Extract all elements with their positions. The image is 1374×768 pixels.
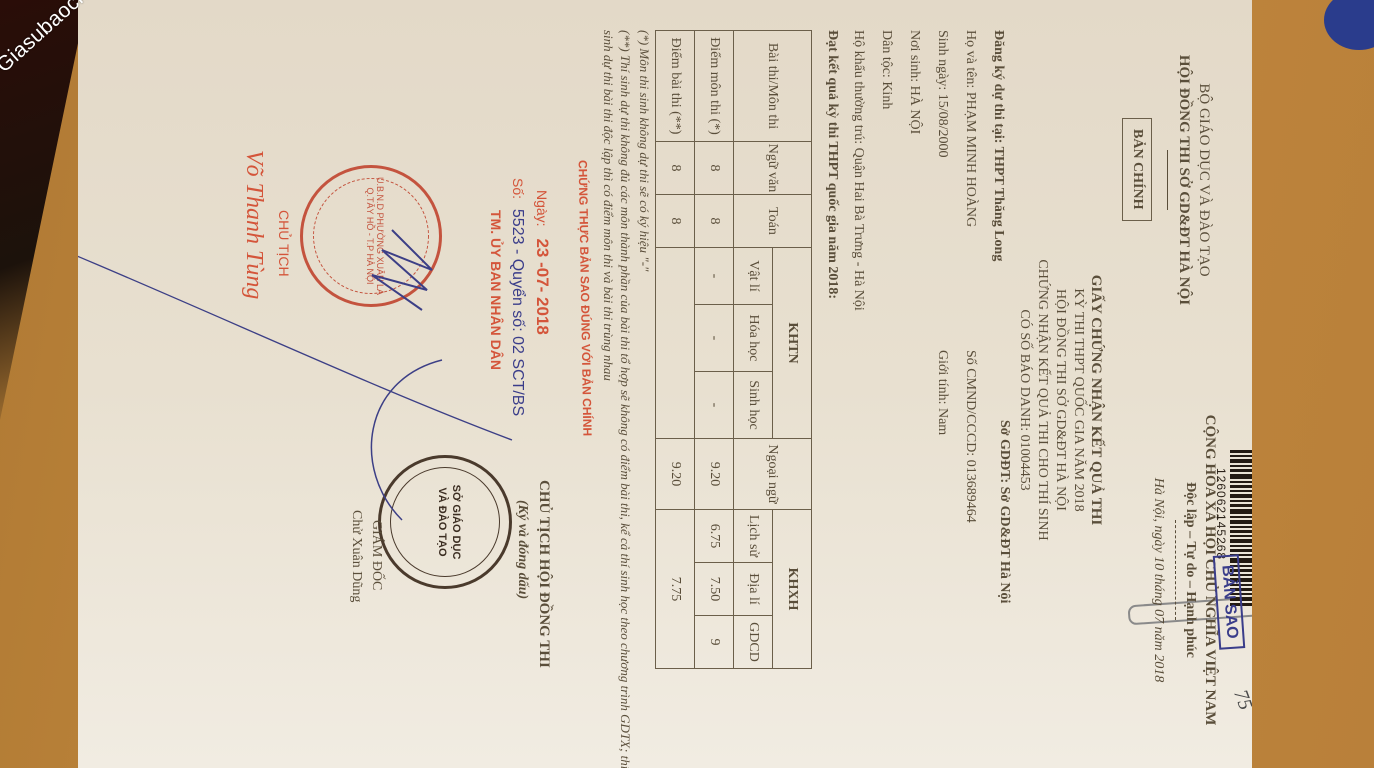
barcode-number: 126062145268: [1214, 468, 1228, 560]
place-date: Hà Nội, ngày 10 tháng 07 năm 2018: [1150, 410, 1166, 750]
candidate-name: Họ và tên: PHẠM MINH HOÀNG: [962, 30, 978, 227]
table-header-label: Bài thi/Môn thi: [734, 31, 812, 142]
table-row: Điểm môn thi (*) 8 8 - - - 9.20 6.75 7.5…: [695, 31, 734, 669]
handwritten-page-number: 75: [1228, 687, 1252, 714]
council-line: HỘI ĐỒNG THI SỞ GD&ĐT HÀ NỘI: [1052, 180, 1068, 620]
original-copy-badge: BẢN CHÍNH: [1122, 118, 1152, 221]
score-cell: 7.50: [695, 563, 734, 616]
score-cell: -: [695, 372, 734, 439]
table-header-subject: Hóa học: [734, 305, 773, 372]
score-cell: 9: [695, 616, 734, 669]
table-header-subject: Vật lí: [734, 248, 773, 305]
score-cell: 6.75: [695, 510, 734, 563]
candidate-residence: Hộ khẩu thường trú: Quận Hai Bà Trưng - …: [850, 30, 866, 311]
document-photo: BỘ GIÁO DỤC VÀ ĐÀO TẠO HỘI ĐỒNG THI SỞ G…: [78, 0, 1252, 768]
divider: [1175, 520, 1176, 620]
divider: [1167, 150, 1168, 210]
table-header-subject: Sinh học: [734, 372, 773, 439]
score-cell: 9.20: [695, 439, 734, 510]
table-header-subject: Địa lí: [734, 563, 773, 616]
education-department: Sở GDĐT: Sở GD&ĐT Hà Nội: [996, 420, 1012, 603]
certifies-line: CHỨNG NHẬN KẾT QUẢ THI CHO THÍ SINH: [1034, 180, 1050, 620]
candidate-dob: Sinh ngày: 15/08/2000: [934, 30, 950, 158]
certificate-paper: BỘ GIÁO DỤC VÀ ĐÀO TẠO HỘI ĐỒNG THI SỞ G…: [78, 0, 1252, 768]
row-label: Điểm môn thi (*): [695, 31, 734, 142]
signature-strokes: [78, 0, 692, 768]
candidate-ethnicity: Dân tộc: Kinh: [878, 30, 894, 109]
background-blue-object: [1324, 0, 1374, 50]
table-header-subject: GDCD: [734, 616, 773, 669]
score-cell: 8: [695, 195, 734, 248]
results-heading: Đạt kết quả kỳ thi THPT quốc gia năm 201…: [824, 30, 840, 299]
copy-stamp-label: BẢN SAO: [1218, 564, 1240, 639]
table-header-subject: Toán: [734, 195, 812, 248]
exam-site: Đăng ký dự thi tại: THPT Thăng Long: [990, 30, 1006, 261]
table-header-subject: Ngoại ngữ: [734, 439, 812, 510]
score-cell: -: [695, 305, 734, 372]
candidate-gender: Giới tính: Nam: [934, 350, 950, 435]
table-group-khxh: KHXH: [773, 510, 812, 669]
table-group-khtn: KHTN: [773, 248, 812, 439]
exam-name: KỲ THI THPT QUỐC GIA NĂM 2018: [1070, 180, 1086, 620]
candidate-number: CÓ SỐ BÁO DANH: 01004453: [1016, 180, 1032, 620]
council-name: HỘI ĐỒNG THI SỞ GD&ĐT HÀ NỘI: [1175, 20, 1192, 340]
candidate-id-number: Số CMND/CCCD: 013689464: [962, 350, 978, 523]
score-cell: 8: [695, 142, 734, 195]
candidate-birthplace: Nơi sinh: HÀ NỘI: [906, 30, 922, 134]
national-motto: Độc lập – Tự do – Hạnh phúc: [1182, 380, 1198, 760]
table-header-subject: Lịch sử: [734, 510, 773, 563]
score-cell: -: [695, 248, 734, 305]
certificate-title: GIẤY CHỨNG NHẬN KẾT QUẢ THI: [1087, 180, 1104, 620]
table-header-subject: Ngữ văn: [734, 142, 812, 195]
ministry-name: BỘ GIÁO DỤC VÀ ĐÀO TẠO: [1195, 30, 1212, 330]
